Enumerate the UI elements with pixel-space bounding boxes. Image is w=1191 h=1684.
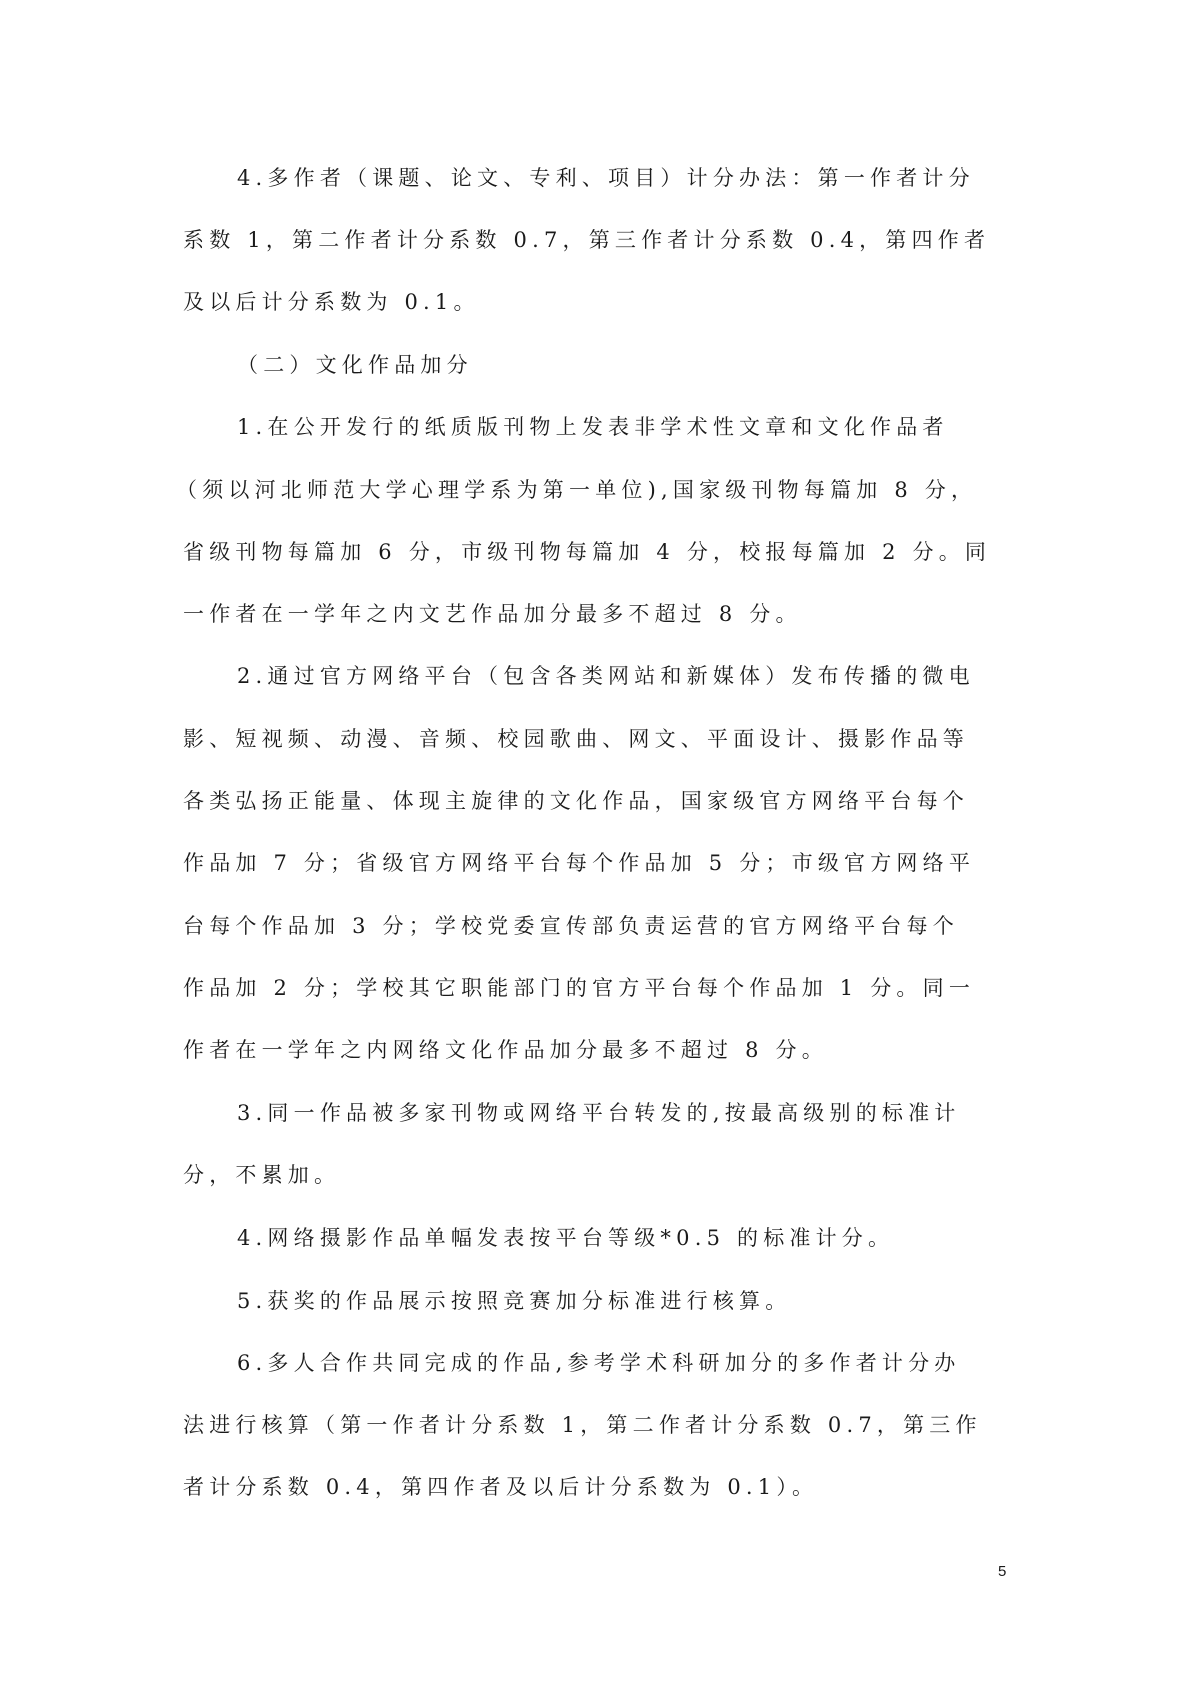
paragraph-item-4: 4.网络摄影作品单幅发表按平台等级*0.5 的标准计分。 — [237, 1218, 1077, 1258]
text-line: 及以后计分系数为 0.1。 — [183, 282, 1023, 322]
text-line: 法进行核算（第一作者计分系数 1，第二作者计分系数 0.7，第三作 — [183, 1405, 1023, 1445]
text-line: 系数 1，第二作者计分系数 0.7，第三作者计分系数 0.4，第四作者 — [183, 220, 1023, 260]
text-line: 一作者在一学年之内文艺作品加分最多不超过 8 分。 — [183, 594, 1023, 634]
text-line: 省级刊物每篇加 6 分，市级刊物每篇加 4 分，校报每篇加 2 分。同 — [183, 532, 1023, 572]
text-line: 3.同一作品被多家刊物或网络平台转发的,按最高级别的标准计 — [237, 1093, 1077, 1133]
text-line: 分，不累加。 — [183, 1155, 1023, 1195]
text-line: 2.通过官方网络平台（包含各类网站和新媒体）发布传播的微电 — [237, 656, 1077, 696]
text-line: 者计分系数 0.4，第四作者及以后计分系数为 0.1）。 — [183, 1467, 1023, 1507]
page-number: 5 — [998, 1563, 1006, 1580]
text-line: 作品加 2 分；学校其它职能部门的官方平台每个作品加 1 分。同一 — [183, 968, 1023, 1008]
text-line: 6.多人合作共同完成的作品,参考学术科研加分的多作者计分办 — [237, 1343, 1077, 1383]
section-heading-cultural-works: （二）文化作品加分 — [237, 345, 1077, 385]
text-line: 作品加 7 分；省级官方网络平台每个作品加 5 分；市级官方网络平 — [183, 843, 1023, 883]
text-line: 各类弘扬正能量、体现主旋律的文化作品，国家级官方网络平台每个 — [183, 781, 1023, 821]
text-line: 4.多作者（课题、论文、专利、项目）计分办法：第一作者计分 — [237, 158, 1077, 198]
text-line: 台每个作品加 3 分；学校党委宣传部负责运营的官方网络平台每个 — [183, 906, 1023, 946]
text-line: 作者在一学年之内网络文化作品加分最多不超过 8 分。 — [183, 1030, 1023, 1070]
paragraph-item-5: 5.获奖的作品展示按照竞赛加分标准进行核算。 — [237, 1281, 1077, 1321]
document-page: 4.多作者（课题、论文、专利、项目）计分办法：第一作者计分 系数 1，第二作者计… — [0, 0, 1191, 1684]
text-line: 影、短视频、动漫、音频、校园歌曲、网文、平面设计、摄影作品等 — [183, 719, 1023, 759]
text-line: 1.在公开发行的纸质版刊物上发表非学术性文章和文化作品者 — [237, 407, 1077, 447]
text-line: （须以河北师范大学心理学系为第一单位),国家级刊物每篇加 8 分， — [176, 470, 1016, 510]
